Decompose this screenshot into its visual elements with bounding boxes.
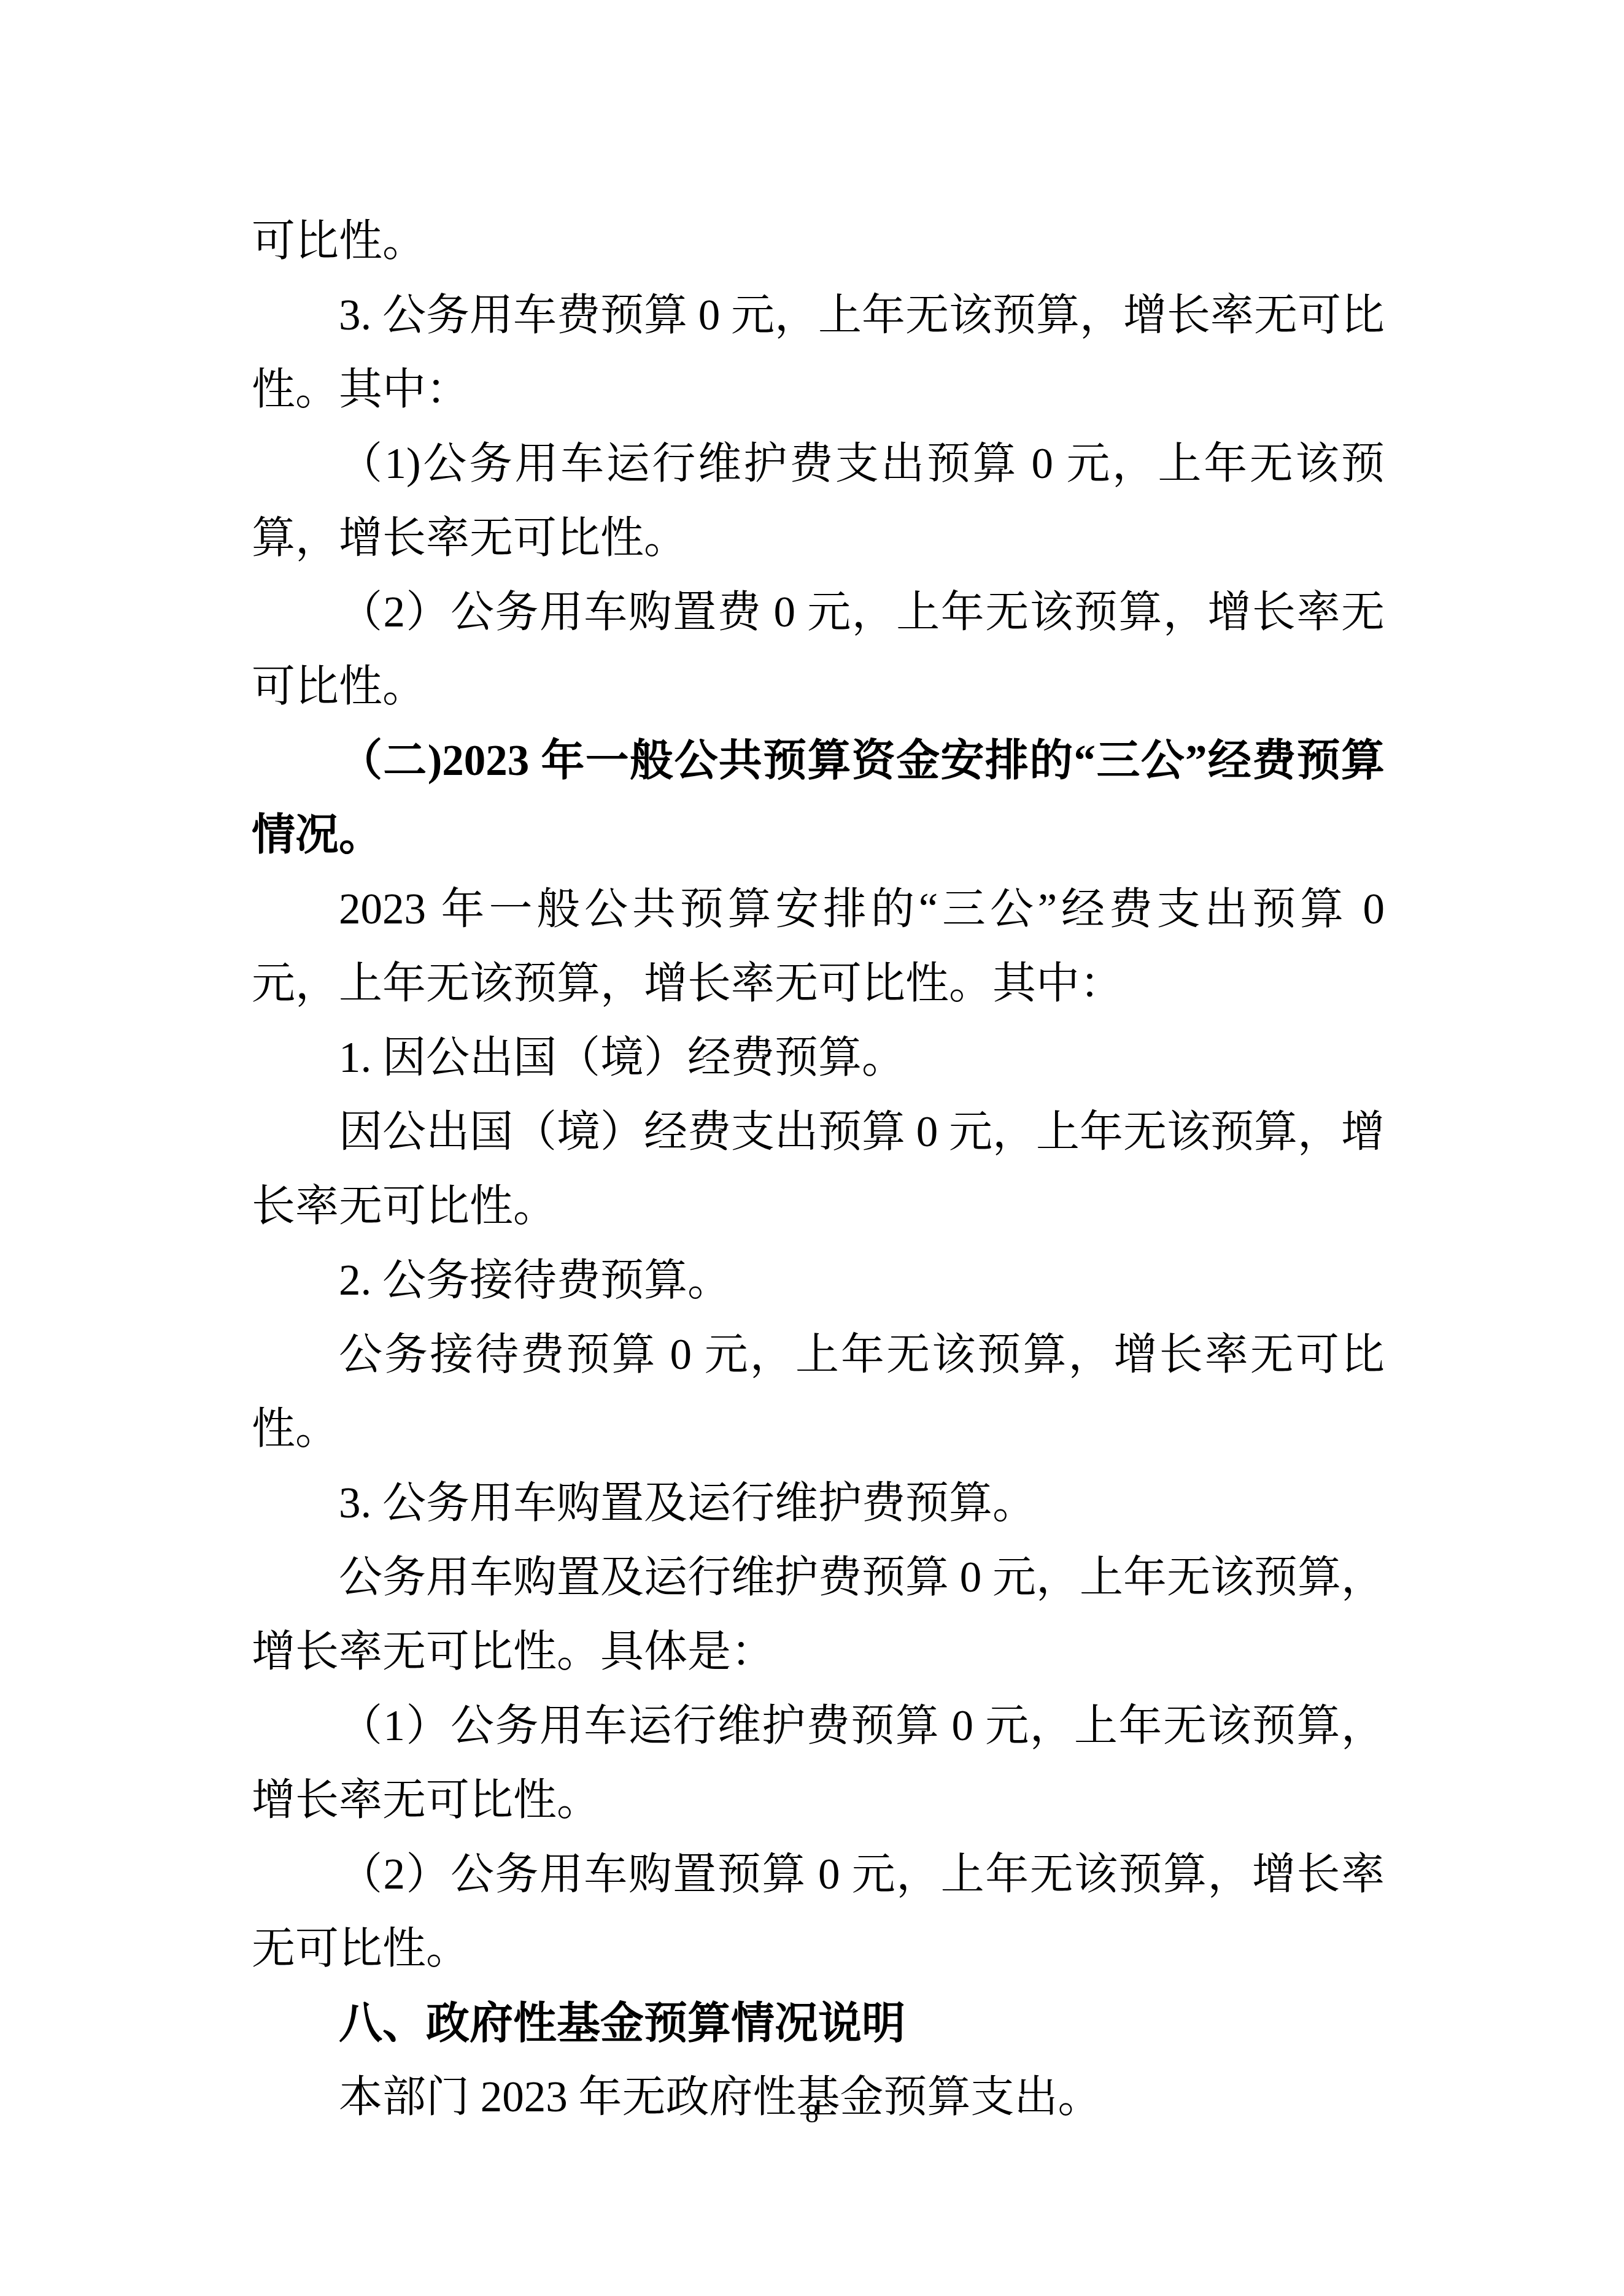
heading-kaiti: （二)2023 年一般公共预算资金安排的“三公”经费预算情况。 xyxy=(252,724,1385,873)
paragraph: （1)公务用车运行维护费支出预算 0 元，上年无该预算，增长率无可比性。 xyxy=(252,427,1385,576)
paragraph: 公务接待费预算 0 元，上年无该预算，增长率无可比性。 xyxy=(252,1318,1385,1466)
paragraph: 2. 公务接待费预算。 xyxy=(252,1244,1385,1318)
page-number: 8 xyxy=(805,2098,819,2128)
paragraph: 可比性。 xyxy=(252,204,1385,279)
paragraph: 因公出国（境）经费支出预算 0 元，上年无该预算，增长率无可比性。 xyxy=(252,1095,1385,1244)
paragraph: （2）公务用车购置费 0 元，上年无该预算，增长率无可比性。 xyxy=(252,576,1385,724)
paragraph: 3. 公务用车购置及运行维护费预算。 xyxy=(252,1466,1385,1541)
paragraph: 2023 年一般公共预算安排的“三公”经费支出预算 0 元，上年无该预算，增长率… xyxy=(252,873,1385,1021)
document-body: 可比性。3. 公务用车费预算 0 元，上年无该预算，增长率无可比性。其中：（1)… xyxy=(252,204,1385,2135)
document-page: 可比性。3. 公务用车费预算 0 元，上年无该预算，增长率无可比性。其中：（1)… xyxy=(0,0,1624,2296)
paragraph: 公务用车购置及运行维护费预算 0 元，上年无该预算，增长率无可比性。具体是： xyxy=(252,1541,1385,1689)
page-footer: 8 xyxy=(0,2098,1624,2129)
paragraph: 1. 因公出国（境）经费预算。 xyxy=(252,1021,1385,1095)
heading-hei: 八、政府性基金预算情况说明 xyxy=(252,1986,1385,2060)
paragraph: （1）公务用车运行维护费预算 0 元，上年无该预算，增长率无可比性。 xyxy=(252,1689,1385,1838)
paragraph: 3. 公务用车费预算 0 元，上年无该预算，增长率无可比性。其中： xyxy=(252,279,1385,427)
paragraph: （2）公务用车购置预算 0 元，上年无该预算，增长率无可比性。 xyxy=(252,1838,1385,1986)
